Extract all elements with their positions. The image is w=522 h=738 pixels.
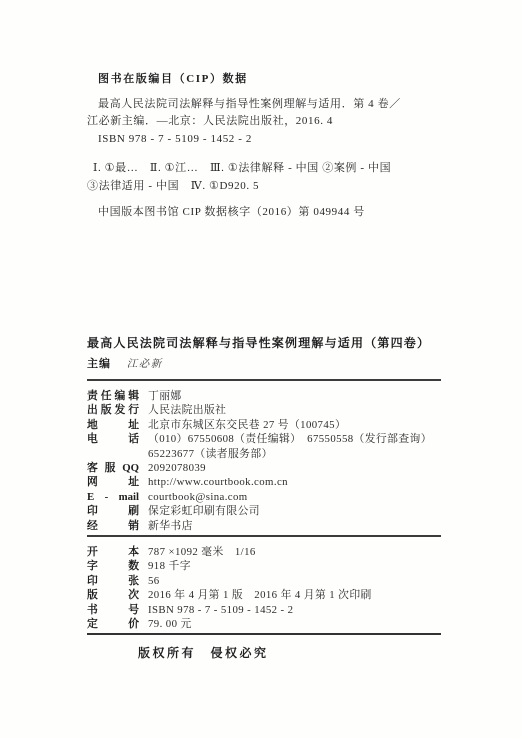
row-value: 65223677（读者服务部）	[148, 447, 273, 461]
row-label: 客 服 QQ	[87, 461, 139, 475]
divider-bottom	[87, 633, 441, 635]
row-value: 2016 年 4 月第 1 版 2016 年 4 月第 1 次印刷	[148, 588, 372, 602]
publication-row: 经销 新华书店	[87, 519, 443, 533]
cip-heading: 图书在版编目（CIP）数据	[87, 72, 443, 87]
row-label: 开本	[87, 545, 139, 559]
row-label: 印张	[87, 574, 139, 588]
row-label: 责任编辑	[87, 389, 139, 403]
row-label: 定价	[87, 617, 139, 631]
publication-row: 地址 北京市东城区东交民巷 27 号（100745）	[87, 418, 443, 432]
row-label: 印刷	[87, 504, 139, 518]
row-label	[87, 447, 139, 461]
row-label: 版次	[87, 588, 139, 602]
row-label: 经销	[87, 519, 139, 533]
publication-info: 责任编辑 丁丽娜 出版发行 人民法院出版社 地址 北京市东城区东交民巷 27 号…	[87, 389, 443, 533]
editor-label: 主编	[87, 358, 111, 370]
row-value: 2092078039	[148, 461, 206, 475]
book-title: 最高人民法院司法解释与指导性案例理解与适用（第四卷）	[87, 336, 447, 351]
cip-isbn-line: ISBN 978 - 7 - 5109 - 1452 - 2	[87, 131, 443, 148]
divider-top	[87, 379, 441, 381]
editor-row: 主编 江必新	[87, 357, 447, 372]
row-label: E - mail	[87, 490, 139, 504]
cip-classification-line1: Ⅰ. ①最… Ⅱ. ①江… Ⅲ. ①法律解释 - 中国 ②案例 - 中国	[87, 160, 443, 177]
book-copyright-page: 图书在版编目（CIP）数据 最高人民法院司法解释与指导性案例理解与适用．第 4 …	[0, 0, 522, 738]
divider-middle	[87, 535, 441, 537]
spec-row: 定价 79. 00 元	[87, 617, 443, 631]
row-value: 79. 00 元	[148, 617, 192, 631]
publication-row: 网址 http://www.courtbook.com.cn	[87, 475, 443, 489]
publication-row: 责任编辑 丁丽娜	[87, 389, 443, 403]
cip-entry-line1: 最高人民法院司法解释与指导性案例理解与适用．第 4 卷／	[87, 96, 443, 113]
spec-row: 印张 56	[87, 574, 443, 588]
row-label: 书号	[87, 603, 139, 617]
publication-row: 印刷 保定彩虹印刷有限公司	[87, 504, 443, 518]
row-value: 56	[148, 574, 160, 588]
publication-row: E - mail courtbook@sina.com	[87, 490, 443, 504]
row-label: 字数	[87, 559, 139, 573]
row-label: 电话	[87, 432, 139, 446]
spec-row: 开本 787 ×1092 毫米 1/16	[87, 545, 443, 559]
cip-classification-line2: ③法律适用 - 中国 Ⅳ. ①D920. 5	[87, 178, 443, 195]
publication-row: 客 服 QQ 2092078039	[87, 461, 443, 475]
row-value: 新华书店	[148, 519, 193, 533]
publication-row: 出版发行 人民法院出版社	[87, 403, 443, 417]
spec-row: 版次 2016 年 4 月第 1 版 2016 年 4 月第 1 次印刷	[87, 588, 443, 602]
row-label: 出版发行	[87, 403, 139, 417]
spec-row: 书号 ISBN 978 - 7 - 5109 - 1452 - 2	[87, 603, 443, 617]
row-value: 北京市东城区东交民巷 27 号（100745）	[148, 418, 346, 432]
row-value: 918 千字	[148, 559, 191, 573]
row-value: ISBN 978 - 7 - 5109 - 1452 - 2	[148, 603, 293, 617]
row-label: 地址	[87, 418, 139, 432]
row-value: 丁丽娜	[148, 389, 182, 403]
publication-row: 电话 （010）67550608（责任编辑） 67550558（发行部查询）	[87, 432, 443, 446]
row-value: 787 ×1092 毫米 1/16	[148, 545, 256, 559]
spec-row: 字数 918 千字	[87, 559, 443, 573]
print-specs: 开本 787 ×1092 毫米 1/16 字数 918 千字 印张 56 版次 …	[87, 545, 443, 631]
row-value: http://www.courtbook.com.cn	[148, 475, 288, 489]
row-value: courtbook@sina.com	[148, 490, 248, 504]
row-label: 网址	[87, 475, 139, 489]
copyright-notice: 版权所有 侵权必究	[138, 644, 269, 661]
publication-row-continuation: 65223677（读者服务部）	[87, 447, 443, 461]
cip-record-line: 中国版本图书馆 CIP 数据核字（2016）第 049944 号	[87, 204, 443, 221]
row-value: 人民法院出版社	[148, 403, 226, 417]
editor-name: 江必新	[127, 359, 163, 370]
row-value: 保定彩虹印刷有限公司	[148, 504, 260, 518]
title-block: 最高人民法院司法解释与指导性案例理解与适用（第四卷） 主编 江必新	[87, 336, 447, 372]
row-value: （010）67550608（责任编辑） 67550558（发行部查询）	[148, 432, 432, 446]
cip-section: 图书在版编目（CIP）数据 最高人民法院司法解释与指导性案例理解与适用．第 4 …	[87, 72, 443, 221]
cip-entry-line2: 江必新主编．—北京：人民法院出版社，2016. 4	[87, 113, 443, 130]
